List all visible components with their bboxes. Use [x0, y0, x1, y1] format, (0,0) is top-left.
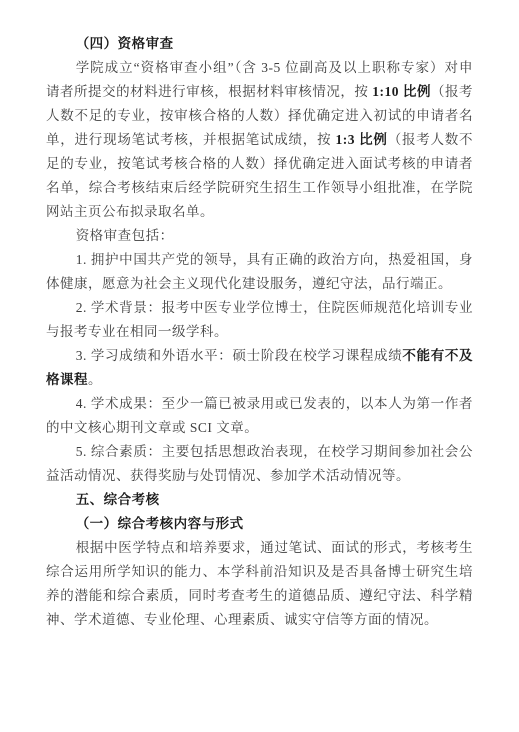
text-run-bold: 1:3 比例	[336, 132, 388, 147]
text-run: 根据中医学特点和培养要求，通过笔试、面试的形式，考核考生综合运用所学知识的能力、…	[46, 540, 473, 627]
text-run: 5. 综合素质：主要包括思想政治表现，在校学习期间参加社会公益活动情况、获得奖励…	[46, 444, 473, 483]
text-run-bold: （四）资格审查	[76, 36, 174, 51]
heading-one-assessment-content-form: （一）综合考核内容与形式	[46, 512, 473, 536]
document-page: （四）资格审查 学院成立“资格审查小组”（含 3-5 位副高及以上职称专家）对申…	[0, 0, 519, 732]
heading-qualification-review: （四）资格审查	[46, 32, 473, 56]
text-run: 。	[88, 372, 102, 387]
heading-five-comprehensive-assessment: 五、综合考核	[46, 488, 473, 512]
para-qualification-process: 学院成立“资格审查小组”（含 3-5 位副高及以上职称专家）对申请者所提交的材料…	[46, 56, 473, 224]
text-run: 3. 学习成绩和外语水平：硕士阶段在校学习课程成绩	[76, 348, 403, 363]
text-run-bold: 五、综合考核	[76, 492, 160, 507]
text-run: 资格审查包括：	[76, 228, 174, 243]
text-run: 1. 拥护中国共产党的领导，具有正确的政治方向，热爱祖国，身体健康，愿意为社会主…	[46, 252, 473, 291]
para-item-1-political: 1. 拥护中国共产党的领导，具有正确的政治方向，热爱祖国，身体健康，愿意为社会主…	[46, 248, 473, 296]
para-assessment-description: 根据中医学特点和培养要求，通过笔试、面试的形式，考核考生综合运用所学知识的能力、…	[46, 536, 473, 632]
text-run-bold: 1:10 比例	[372, 84, 431, 99]
text-run: 4. 学术成果：至少一篇已被录用或已发表的，以本人为第一作者的中文核心期刊文章或…	[46, 396, 473, 435]
para-review-includes: 资格审查包括：	[46, 224, 473, 248]
text-run-bold: （一）综合考核内容与形式	[76, 516, 244, 531]
para-item-3-grades-language: 3. 学习成绩和外语水平：硕士阶段在校学习课程成绩不能有不及格课程。	[46, 344, 473, 392]
para-item-5-comprehensive-quality: 5. 综合素质：主要包括思想政治表现，在校学习期间参加社会公益活动情况、获得奖励…	[46, 440, 473, 488]
para-item-2-academic-background: 2. 学术背景：报考中医专业学位博士，住院医师规范化培训专业与报考专业在相同一级…	[46, 296, 473, 344]
para-item-4-academic-achievements: 4. 学术成果：至少一篇已被录用或已发表的，以本人为第一作者的中文核心期刊文章或…	[46, 392, 473, 440]
document-body: （四）资格审查 学院成立“资格审查小组”（含 3-5 位副高及以上职称专家）对申…	[46, 32, 473, 632]
text-run: 2. 学术背景：报考中医专业学位博士，住院医师规范化培训专业与报考专业在相同一级…	[46, 300, 473, 339]
